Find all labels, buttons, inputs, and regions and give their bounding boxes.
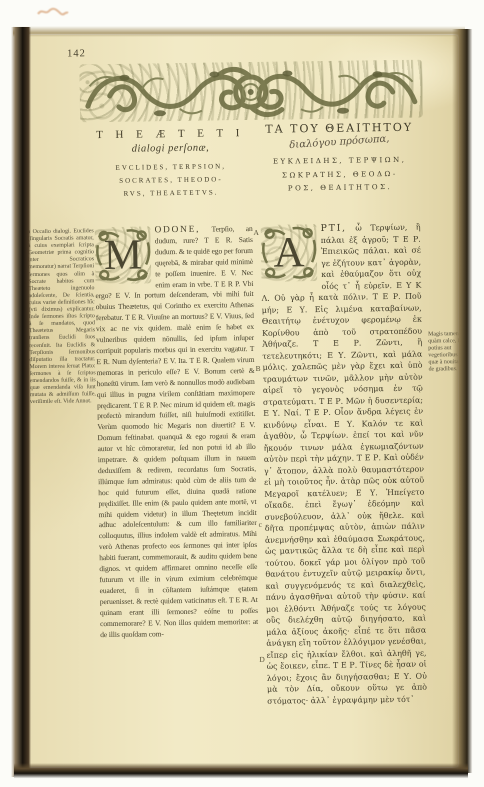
drop-cap-a-woodcut: A [261,224,318,282]
faded-ink-annotation [36,5,70,17]
latin-cast-line: RVS, THEAETETVS. [87,186,255,201]
woodcut-headpiece-ornament [79,60,423,123]
latin-cast-list: EVCLIDES, TERPSION, SOCRATES, THEODO- RV… [87,160,256,201]
page-content: 142 [23,32,463,770]
greek-cast-line: ΡΟΣ, ΘΕΑΙΤΗΤΟΣ. [255,181,425,197]
book-page-photograph: 142 [0,0,484,787]
right-margin-gloss: Magis tamen quàm calce, ſed potius aut v… [428,331,469,430]
faded-ink-squiggle [36,6,70,18]
latin-title: T H E Æ T E T I [86,127,254,141]
greek-cast-line: ΕΥΚΛΕΙΔΗΣ, ΤΕΡΨΙΩΝ, [255,154,425,170]
drop-cap-letter: M [95,226,152,284]
latin-opening-word: ODONE, [155,225,201,236]
greek-body-text: ὦ Τερψίων, ἢ πάλαι ἐξ ἀγροῦ; Τ Ε Ρ. Ἐπιε… [262,223,428,706]
foliate-scrollwork [79,60,423,125]
left-margin-gloss: a Occaſio dialogi. Euclides (ſingularis … [28,228,97,459]
greek-text-column: A ΡΤΙ, ὦ Τερψίων, ἢ πάλαι ἐξ ἀγροῦ; Τ Ε … [261,222,428,752]
drop-cap-letter: A [261,224,318,282]
latin-subtitle: dialogi perſonæ, [86,142,254,155]
greek-cast-list: ΕΥΚΛΕΙΔΗΣ, ΤΕΡΨΙΩΝ, ΣΩΚΡΑΤΗΣ, ΘΕΟΔΩ- ΡΟΣ… [255,154,426,197]
drop-cap-m-woodcut: M [95,226,152,284]
latin-body-text: Terpſio, an dudum, rure? T E R. Satis du… [95,224,258,639]
greek-header: ΤΑ ΤΟΥ ΘΕΑΙΤΗΤΟΥ διαλόγου πρόσωπα, ΕΥΚΛΕ… [254,121,425,197]
page-number: 142 [67,48,86,59]
parchment-page: 142 [28,35,458,767]
latin-header: T H E Æ T E T I dialogi perſonæ, EVCLIDE… [86,127,255,201]
latin-text-column: M ODONE, Terpſio, an dudum, rure? T E R.… [95,224,260,754]
greek-opening-word: ΡΤΙ, [321,223,347,234]
